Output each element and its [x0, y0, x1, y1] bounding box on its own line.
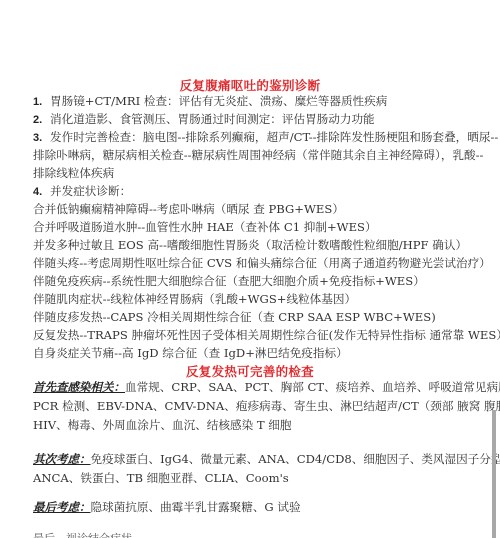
sub-item: 伴随肌肉症状--线粒体神经胃肠病（乳酸+WGS+线粒体基因）	[33, 290, 356, 308]
exam-group-first-line: HIV、梅毒、外周血涂片、血沉、结核感染 T 细胞	[33, 416, 291, 434]
exam-group-first: 首先查感染相关：血常规、CRP、SAA、PCT、胸部 CT、痰培养、血培养、呼吸…	[33, 378, 500, 396]
list-item: 4.并发症状诊断：	[33, 182, 131, 201]
exam-group-first-line: PCR 检测、EBV-DNA、CMV-DNA、疱疹病毒、寄生虫、淋巴结超声/CT…	[33, 397, 500, 415]
truncated-line: 最后，视诊结合症状……	[33, 530, 173, 538]
list-item: 3.发作时完善检查：脑电图--排除系列癫痫，超声/CT--排除阵发性肠梗阻和肠套…	[33, 128, 498, 147]
list-number: 2.	[33, 111, 50, 129]
group-text: 隐球菌抗原、曲霉半乳甘露聚糖、G 试验	[91, 500, 301, 514]
scrollbar[interactable]	[492, 410, 496, 538]
sub-item: 反复发热--TRAPS 肿瘤坏死性因子受体相关周期性综合征(发作无特异性指标 通…	[33, 326, 500, 344]
list-number: 1.	[33, 93, 50, 111]
list-text: 并发症状诊断：	[50, 184, 131, 198]
group-lead: 首先查感染相关：	[33, 380, 125, 394]
group-lead: 最后考虑：	[33, 500, 91, 514]
sub-item: 伴随皮疹发热--CAPS 冷相关周期性综合征（查 CRP SAA ESP WBC…	[33, 308, 436, 326]
list-number: 4.	[33, 183, 50, 201]
truncated-text: 最后，视诊结合症状……	[33, 532, 154, 538]
sub-item: 并发多种过敏且 EOS 高--嗜酸细胞性胃肠炎（取活检计数嗜酸性粒细胞/HPF …	[33, 236, 467, 254]
list-text: 排除卟啉病，糖尿病相关检查--糖尿病性周围神经病（常伴随其余自主神经障碍），乳酸…	[33, 148, 483, 162]
document-page: 反复腹痛呕吐的鉴别诊断 1.胃肠镜+CT/MRI 检查：评估有无炎症、溃疡、糜烂…	[0, 0, 500, 538]
list-text: 排除线粒体疾病	[33, 166, 114, 180]
group-text: 血常规、CRP、SAA、PCT、胸部 CT、痰培养、血培养、呼吸道常见病原体	[125, 380, 500, 394]
list-item-continued: 排除卟啉病，糖尿病相关检查--糖尿病性周围神经病（常伴随其余自主神经障碍），乳酸…	[33, 146, 483, 164]
group-text: 免疫球蛋白、IgG4、微量元素、ANA、CD4/CD8、细胞因子、类风湿因子分型…	[91, 452, 500, 466]
list-number: 3.	[33, 129, 50, 147]
sub-item: 自身炎症关节痛--高 IgD 综合征（查 IgD+淋巴结免疫指标）	[33, 344, 348, 362]
list-text: 消化道造影、食管测压、胃肠通过时间测定：评估胃肠动力功能	[50, 112, 375, 126]
list-text: 发作时完善检查：脑电图--排除系列癫痫，超声/CT--排除阵发性肠梗阻和肠套叠，…	[50, 130, 498, 144]
sub-item: 伴随免疫疾病--系统性肥大细胞综合征（查肥大细胞介质+免疫指标+WES）	[33, 272, 425, 290]
sub-item: 合并呼吸道肠道水肿--血管性水肿 HAE（查补体 C1 抑制+WES）	[33, 218, 377, 236]
list-item-continued: 排除线粒体疾病	[33, 164, 114, 182]
list-item: 2.消化道造影、食管测压、胃肠通过时间测定：评估胃肠动力功能	[33, 110, 375, 129]
sub-item: 伴随头疼--考虑周期性呕吐综合征 CVS 和偏头痛综合征（用离子通道药物避光尝试…	[33, 254, 491, 272]
group-lead: 其次考虑：	[33, 452, 91, 466]
list-item: 1.胃肠镜+CT/MRI 检查：评估有无炎症、溃疡、糜烂等器质性疾病	[33, 92, 387, 111]
exam-group-second: 其次考虑：免疫球蛋白、IgG4、微量元素、ANA、CD4/CD8、细胞因子、类风…	[33, 450, 500, 468]
exam-group-last: 最后考虑：隐球菌抗原、曲霉半乳甘露聚糖、G 试验	[33, 498, 301, 516]
list-text: 胃肠镜+CT/MRI 检查：评估有无炎症、溃疡、糜烂等器质性疾病	[50, 94, 387, 108]
sub-item: 合并低钠癫痫精神障碍--考虑卟啉病（晒尿 查 PBG+WES）	[33, 200, 344, 218]
exam-group-second-line: ANCA、铁蛋白、TB 细胞亚群、CLIA、Coom's	[33, 469, 289, 487]
